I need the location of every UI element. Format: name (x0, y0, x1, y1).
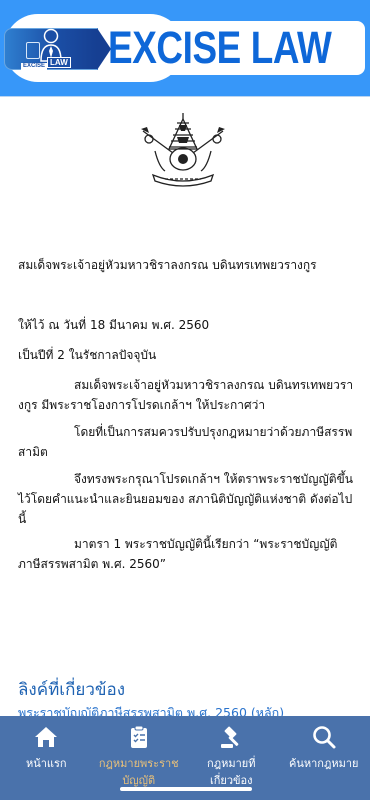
nav-home[interactable]: หน้าแรก (0, 716, 93, 800)
rationale-paragraph: โดยที่เป็นการสมควรปรับปรุงกฎหมายว่าด้วยภ… (18, 422, 358, 462)
nav-acts-label: กฎหมายพระราชบัญญัติ (97, 755, 181, 789)
related-link-main-act[interactable]: พระราชบัญญัติภาษีสรรพสามิต พ.ศ. 2560 (หล… (18, 703, 368, 716)
app-header: LAW EXCISE EXCISE LAW (0, 0, 370, 97)
related-links-heading: ลิงค์ที่เกี่ยวข้อง (18, 676, 125, 703)
king-title-line: สมเด็จพระเจ้าอยู่หัวมหาวชิราลงกรณ บดินทร… (18, 255, 358, 275)
enactment-paragraph: จึงทรงพระกรุณาโปรดเกล้าฯ ให้ตราพระราชบัญ… (18, 469, 358, 529)
clipboard-emblem-icon (26, 42, 40, 59)
nav-search-laws-label: ค้นหากฎหมาย (282, 755, 366, 772)
gavel-icon (218, 724, 244, 750)
logo-excise-label: EXCISE (21, 63, 47, 70)
proclamation-paragraph: สมเด็จพระเจ้าอยู่หัวมหาวชิราลงกรณ บดินทร… (18, 375, 358, 415)
nav-home-label: หน้าแรก (4, 755, 88, 772)
enactment-date: ให้ไว้ ณ วันที่ 18 มีนาคม พ.ศ. 2560 (18, 315, 358, 335)
logo-law-label: LAW (47, 57, 71, 68)
home-icon (33, 724, 59, 750)
law-document-content[interactable]: สมเด็จพระเจ้าอยู่หัวมหาวชิราลงกรณ บดินทร… (0, 97, 370, 716)
home-indicator[interactable] (120, 787, 252, 791)
search-icon (311, 724, 337, 750)
section-1-paragraph: มาตรา 1 พระราชบัญญัตินี้เรียกว่า “พระราช… (18, 534, 358, 574)
reign-year: เป็นปีที่ 2 ในรัชกาลปัจจุบัน (18, 345, 358, 365)
nav-search-laws[interactable]: ค้นหากฎหมาย (278, 716, 370, 800)
app-screen: LAW EXCISE EXCISE LAW (0, 0, 370, 800)
app-title: EXCISE LAW (108, 20, 317, 76)
clipboard-checklist-icon (126, 724, 152, 750)
nav-related-laws-label: กฎหมายที่เกี่ยวข้อง (189, 755, 273, 789)
garuda-emblem-icon (137, 109, 229, 189)
